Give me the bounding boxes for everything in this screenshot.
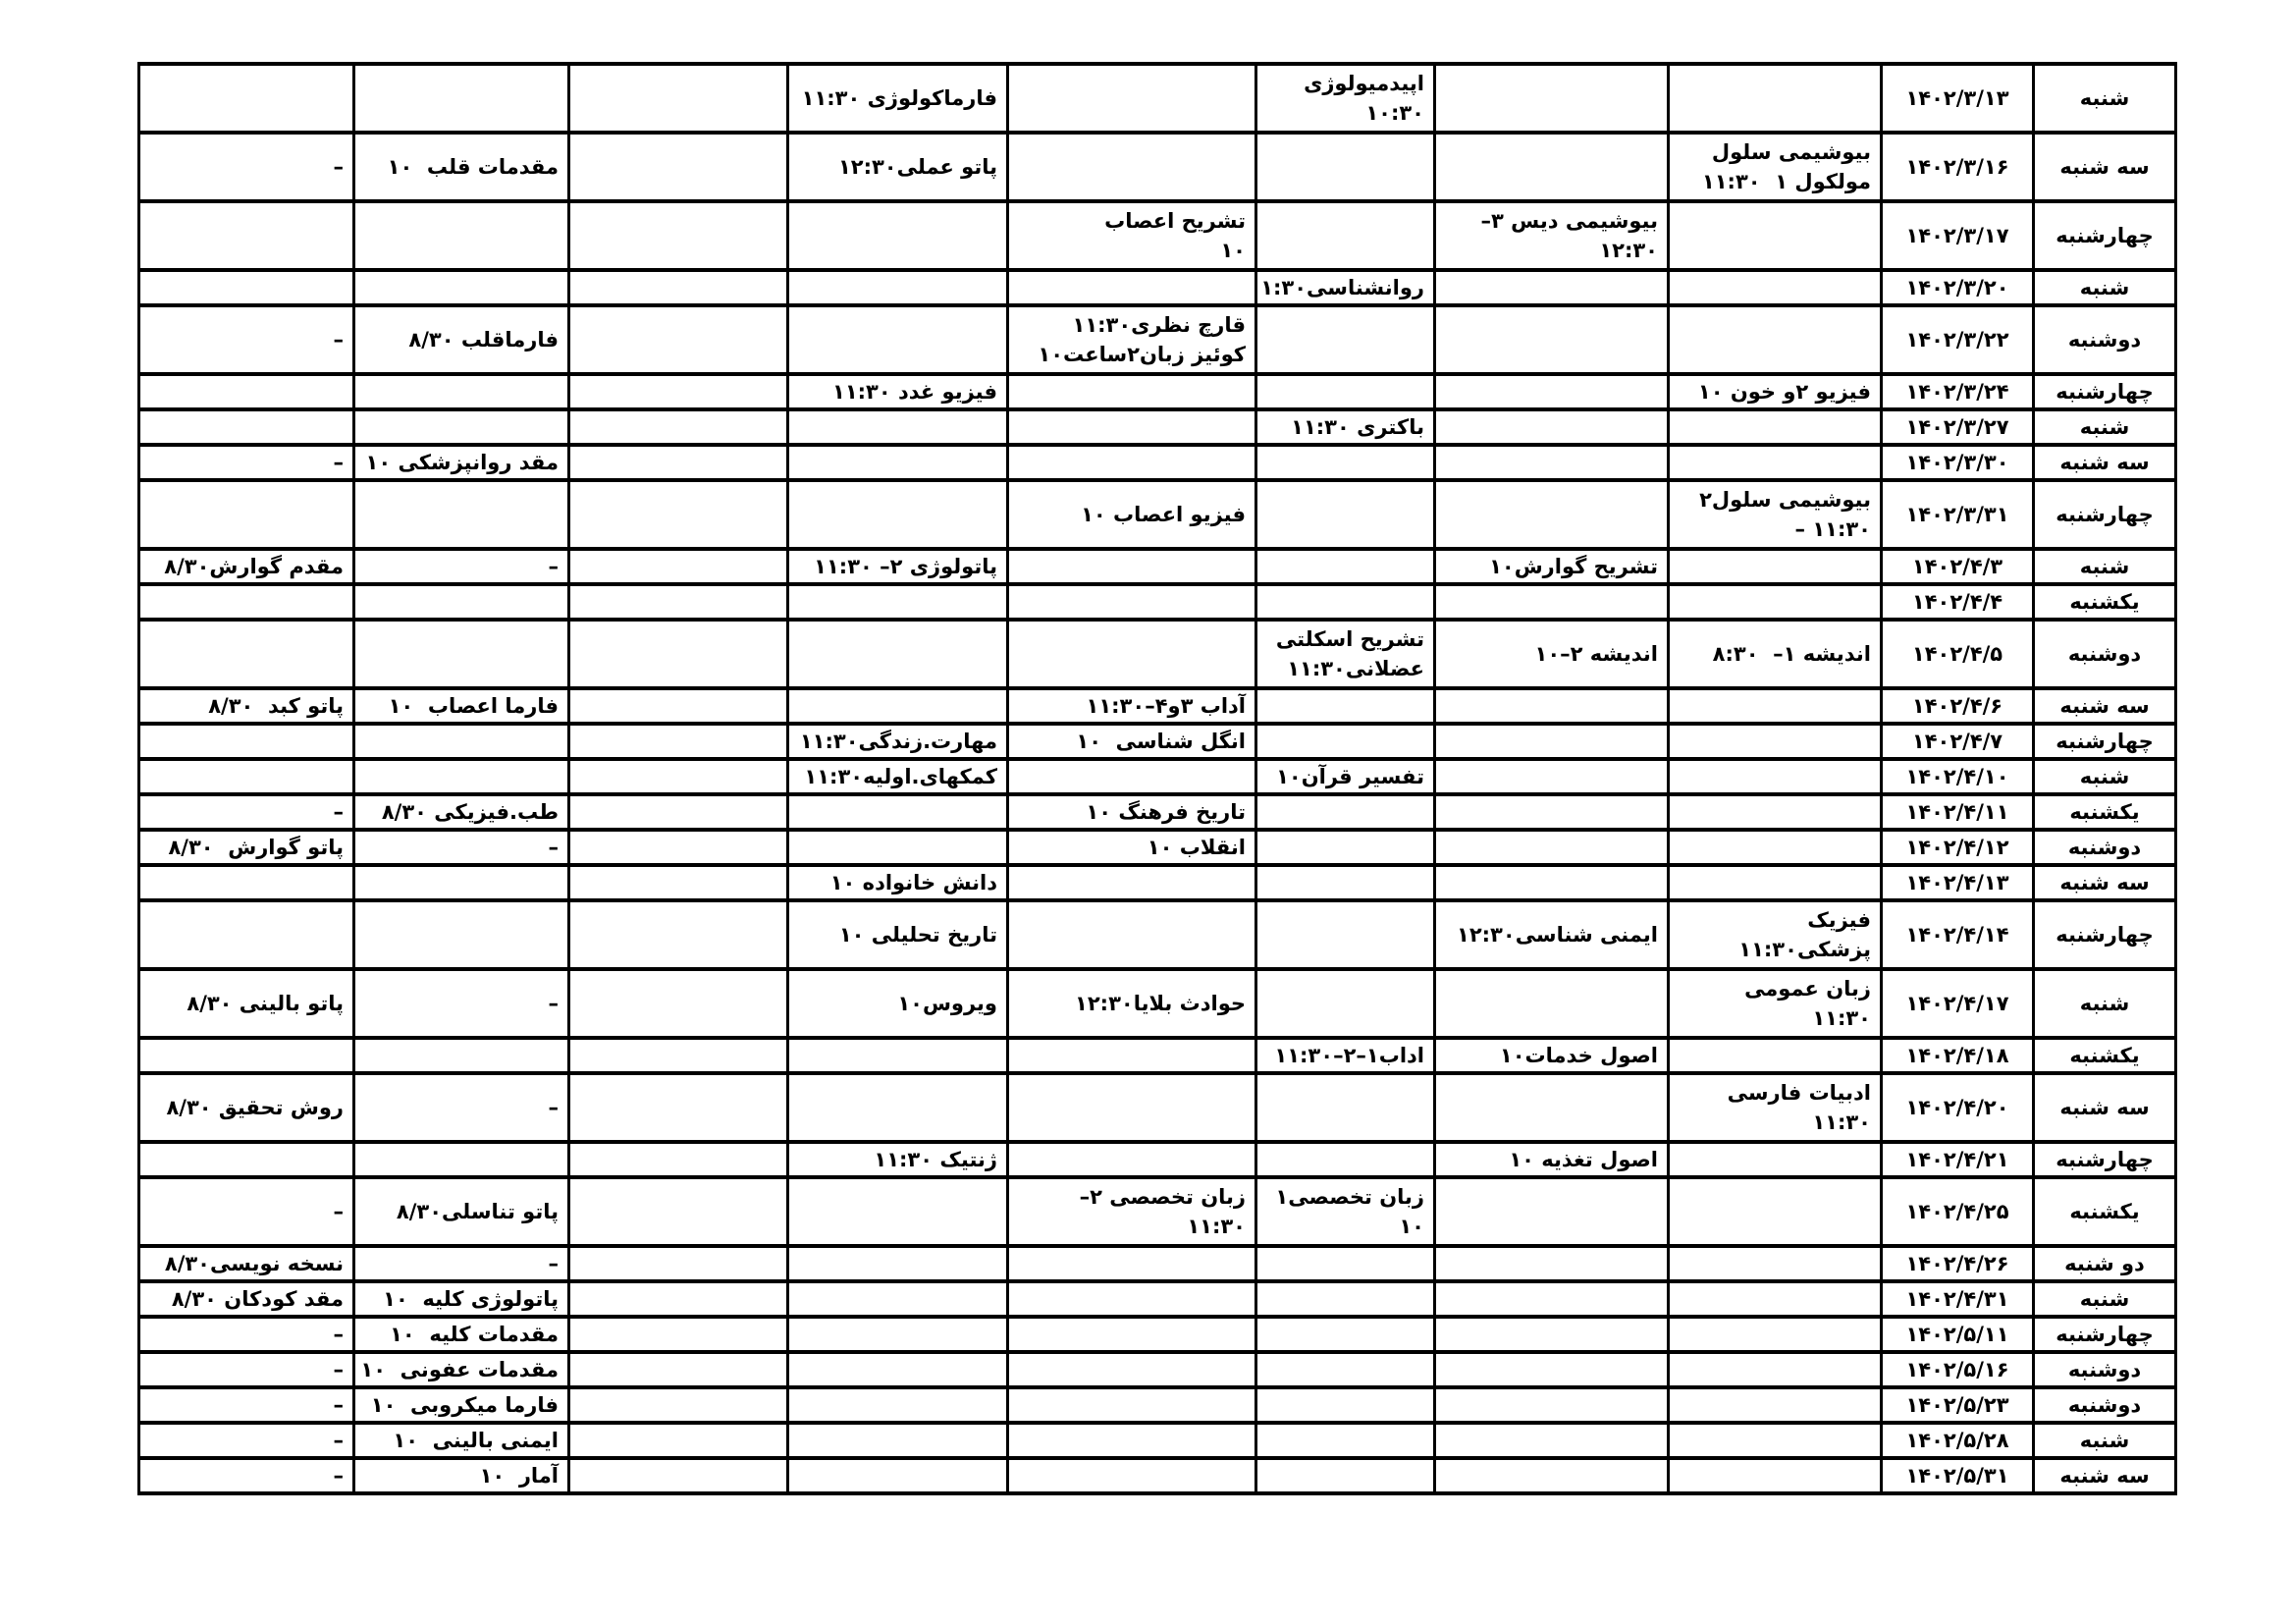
day-cell: یکشنبه	[2034, 1038, 2176, 1073]
schedule-row: شنبه۱۴۰۲/۴/۳۱پاتولوژی کلیه ۱۰مقد کودکان …	[139, 1281, 2176, 1317]
course-text: –	[359, 552, 559, 581]
day-cell: شنبه	[2034, 969, 2176, 1038]
course-cell	[788, 305, 1008, 374]
course-cell	[1435, 374, 1669, 409]
course-cell	[569, 724, 788, 759]
course-text: –	[144, 152, 344, 182]
schedule-row: دوشنبه۱۴۰۲/۴/۵اندیشه ۱– ۸:۳۰اندیشه ۲–۱۰ت…	[139, 620, 2176, 688]
day-cell: چهارشنبه	[2034, 1317, 2176, 1352]
course-cell	[569, 409, 788, 445]
course-text: ژنتیک ۱۱:۳۰	[793, 1145, 997, 1174]
date-cell: ۱۴۰۲/۴/۱۰	[1882, 759, 2034, 794]
course-text: اندیشه ۲–۱۰	[1440, 639, 1658, 669]
course-cell: –	[139, 794, 354, 830]
course-cell	[139, 865, 354, 900]
course-cell	[1008, 409, 1256, 445]
course-cell	[1008, 1246, 1256, 1281]
course-cell	[1256, 1423, 1435, 1458]
course-text: تاریخ تحلیلی ۱۰	[793, 920, 997, 949]
course-cell	[1256, 1317, 1435, 1352]
course-cell	[1008, 374, 1256, 409]
schedule-row: شنبه۱۴۰۲/۴/۱۰تفسیر قرآن۱۰کمکهای.اولیه۱۱:…	[139, 759, 2176, 794]
course-text: فیزیو اعصاب ۱۰	[1013, 500, 1246, 529]
course-text: –	[144, 448, 344, 477]
course-cell	[788, 584, 1008, 620]
course-text: پاتو عملی۱۲:۳۰	[793, 152, 997, 182]
schedule-row: شنبه۱۴۰۲/۳/۲۷باکتری ۱۱:۳۰	[139, 409, 2176, 445]
course-cell	[1008, 1387, 1256, 1423]
course-cell: پاتولوژی کلیه ۱۰	[354, 1281, 569, 1317]
course-cell	[1669, 64, 1882, 133]
schedule-row: شنبه۱۴۰۲/۵/۲۸ایمنی بالینی ۱۰–	[139, 1423, 2176, 1458]
course-cell: انگل شناسی ۱۰	[1008, 724, 1256, 759]
course-cell	[1435, 1352, 1669, 1387]
course-cell	[1669, 1281, 1882, 1317]
course-cell	[1669, 1352, 1882, 1387]
course-cell	[1008, 865, 1256, 900]
course-cell: فیزیکپزشکی۱۱:۳۰	[1669, 900, 1882, 969]
course-cell	[1435, 305, 1669, 374]
course-text: نسخه نویسی۸/۳۰	[144, 1249, 344, 1278]
course-cell: مهارت.زندگی۱۱:۳۰	[788, 724, 1008, 759]
course-text: –	[144, 1426, 344, 1455]
course-cell	[139, 724, 354, 759]
course-cell	[569, 620, 788, 688]
course-cell: –	[354, 830, 569, 865]
course-cell	[1008, 584, 1256, 620]
course-cell: فیزیو اعصاب ۱۰	[1008, 480, 1256, 549]
course-text: ایمنی بالینی ۱۰	[359, 1426, 559, 1455]
date-cell: ۱۴۰۲/۳/۳۱	[1882, 480, 2034, 549]
course-text: دانش خانواده ۱۰	[793, 868, 997, 897]
course-cell: فارما اعصاب ۱۰	[354, 688, 569, 724]
course-text: مقدمات کلیه ۱۰	[359, 1320, 559, 1349]
day-cell: شنبه	[2034, 549, 2176, 584]
course-cell	[1008, 133, 1256, 201]
course-text: روش تحقیق ۸/۳۰	[144, 1093, 344, 1122]
date-cell: ۱۴۰۲/۴/۲۰	[1882, 1073, 2034, 1142]
course-cell	[139, 1142, 354, 1177]
course-text: ۱۱:۳۰	[1674, 1003, 1871, 1033]
course-cell	[788, 1352, 1008, 1387]
course-cell	[1256, 374, 1435, 409]
day-cell: چهارشنبه	[2034, 900, 2176, 969]
course-text: –	[144, 325, 344, 354]
course-cell	[569, 1458, 788, 1493]
course-text: ۱۰	[1013, 236, 1246, 265]
schedule-row: شنبه۱۴۰۲/۳/۲۰روانشناسی۱۱:۳۰	[139, 270, 2176, 305]
course-text: –	[144, 797, 344, 827]
course-text: اندیشه ۱– ۸:۳۰	[1674, 639, 1871, 669]
course-cell: اداب۱–۲–۱۱:۳۰	[1256, 1038, 1435, 1073]
course-cell: اپیدمیولوژی۱۰:۳۰	[1256, 64, 1435, 133]
course-text: –	[144, 1197, 344, 1226]
course-cell	[1256, 1142, 1435, 1177]
day-cell: چهارشنبه	[2034, 724, 2176, 759]
schedule-row: دو شنبه۱۴۰۲/۴/۲۶–نسخه نویسی۸/۳۰	[139, 1246, 2176, 1281]
document-page: شنبه۱۴۰۲/۳/۱۳اپیدمیولوژی۱۰:۳۰فارماکولوژی…	[137, 62, 2177, 1495]
course-cell	[788, 620, 1008, 688]
course-text: پاتولوژی کلیه ۱۰	[359, 1284, 559, 1314]
course-cell	[1435, 409, 1669, 445]
course-cell	[788, 1246, 1008, 1281]
course-cell	[1256, 201, 1435, 270]
course-cell	[569, 1352, 788, 1387]
course-text: ۱۱:۳۰	[1013, 1212, 1246, 1241]
course-cell	[1256, 1458, 1435, 1493]
date-cell: ۱۴۰۲/۴/۶	[1882, 688, 2034, 724]
course-cell: اصول خدمات۱۰	[1435, 1038, 1669, 1073]
date-cell: ۱۴۰۲/۳/۲۲	[1882, 305, 2034, 374]
course-cell: روانشناسی۱۱:۳۰	[1256, 270, 1435, 305]
course-cell	[1669, 1038, 1882, 1073]
course-cell	[1435, 1458, 1669, 1493]
course-text: پزشکی۱۱:۳۰	[1674, 935, 1871, 964]
schedule-row: شنبه۱۴۰۲/۴/۳تشریح گوارش۱۰پاتولوژی ۲– ۱۱:…	[139, 549, 2176, 584]
course-text: آمار ۱۰	[359, 1461, 559, 1490]
course-cell	[1008, 1423, 1256, 1458]
course-cell: انقلاب ۱۰	[1008, 830, 1256, 865]
course-cell: مقد کودکان ۸/۳۰	[139, 1281, 354, 1317]
day-cell: یکشنبه	[2034, 794, 2176, 830]
course-cell	[788, 1038, 1008, 1073]
course-cell	[1669, 865, 1882, 900]
course-cell	[569, 759, 788, 794]
course-cell	[1435, 1177, 1669, 1246]
course-cell	[1669, 445, 1882, 480]
course-cell	[1669, 1423, 1882, 1458]
course-text: انگل شناسی ۱۰	[1013, 727, 1246, 756]
course-cell: مقدم گوارش۸/۳۰	[139, 549, 354, 584]
course-text: زبان تخصصی۱	[1261, 1182, 1424, 1212]
course-text: باکتری ۱۱:۳۰	[1261, 412, 1424, 442]
date-cell: ۱۴۰۲/۴/۲۱	[1882, 1142, 2034, 1177]
course-cell	[1435, 1387, 1669, 1423]
course-cell	[1008, 64, 1256, 133]
date-cell: ۱۴۰۲/۳/۲۰	[1882, 270, 2034, 305]
course-cell: –	[354, 549, 569, 584]
course-cell: –	[354, 1246, 569, 1281]
course-cell	[569, 1423, 788, 1458]
course-cell	[788, 480, 1008, 549]
course-cell: –	[139, 1387, 354, 1423]
course-cell: تشریح گوارش۱۰	[1435, 549, 1669, 584]
course-cell: مقدمات کلیه ۱۰	[354, 1317, 569, 1352]
date-cell: ۱۴۰۲/۴/۳۱	[1882, 1281, 2034, 1317]
course-cell	[1256, 1073, 1435, 1142]
course-cell	[569, 133, 788, 201]
course-cell	[1008, 270, 1256, 305]
date-cell: ۱۴۰۲/۴/۱۳	[1882, 865, 2034, 900]
course-cell	[139, 759, 354, 794]
course-cell	[354, 759, 569, 794]
course-cell	[1669, 1458, 1882, 1493]
course-text: پاتو بالینی ۸/۳۰	[144, 989, 344, 1018]
course-text: فیزیک	[1674, 905, 1871, 935]
course-cell	[354, 270, 569, 305]
course-cell: تشریح اعصاب۱۰	[1008, 201, 1256, 270]
course-cell	[354, 409, 569, 445]
course-cell	[1008, 1352, 1256, 1387]
course-cell	[1435, 688, 1669, 724]
course-text: قارچ نظری۱۱:۳۰	[1013, 310, 1246, 340]
course-cell	[1435, 133, 1669, 201]
course-text: –	[359, 989, 559, 1018]
course-cell	[788, 830, 1008, 865]
course-cell	[1008, 1142, 1256, 1177]
course-cell: فارما میکروبی ۱۰	[354, 1387, 569, 1423]
course-cell: فیزیو غدد ۱۱:۳۰	[788, 374, 1008, 409]
course-cell: پاتو تناسلی۸/۳۰	[354, 1177, 569, 1246]
course-text: –	[144, 1320, 344, 1349]
course-text: ۱۱:۳۰	[1674, 1108, 1871, 1137]
course-text: کمکهای.اولیه۱۱:۳۰	[793, 762, 997, 791]
course-cell	[569, 1038, 788, 1073]
course-cell: زبان تخصصی۱۱۰	[1256, 1177, 1435, 1246]
date-cell: ۱۴۰۲/۴/۱۷	[1882, 969, 2034, 1038]
schedule-row: چهارشنبه۱۴۰۲/۳/۳۱بیوشیمی سلول۲– ۱۱:۳۰فیز…	[139, 480, 2176, 549]
course-cell	[139, 201, 354, 270]
course-cell: ایمنی شناسی۱۲:۳۰	[1435, 900, 1669, 969]
course-cell: روش تحقیق ۸/۳۰	[139, 1073, 354, 1142]
course-cell	[788, 1458, 1008, 1493]
course-text: طب.فیزیکی ۸/۳۰	[359, 797, 559, 827]
course-cell	[354, 480, 569, 549]
date-cell: ۱۴۰۲/۳/۱۳	[1882, 64, 2034, 133]
course-cell: مقدمات عفونی ۱۰	[354, 1352, 569, 1387]
day-cell: دوشنبه	[2034, 1387, 2176, 1423]
schedule-row: سه شنبه۱۴۰۲/۳/۳۰مقد روانپزشکی ۱۰–	[139, 445, 2176, 480]
course-text: اداب۱–۲–۱۱:۳۰	[1261, 1041, 1424, 1070]
course-cell: ایمنی بالینی ۱۰	[354, 1423, 569, 1458]
course-cell	[569, 1281, 788, 1317]
course-cell	[1256, 305, 1435, 374]
course-cell: فارماکولوژی ۱۱:۳۰	[788, 64, 1008, 133]
course-cell	[1008, 1038, 1256, 1073]
course-cell: پاتو گوارش ۸/۳۰	[139, 830, 354, 865]
course-cell	[1008, 1458, 1256, 1493]
course-cell	[1669, 794, 1882, 830]
course-text: آداب ۳و۴–۱۱:۳۰	[1013, 691, 1246, 721]
course-cell: مقد روانپزشکی ۱۰	[354, 445, 569, 480]
course-cell	[1669, 759, 1882, 794]
course-cell	[1435, 270, 1669, 305]
date-cell: ۱۴۰۲/۳/۳۰	[1882, 445, 2034, 480]
course-text: روانشناسی۱۱:۳۰	[1261, 273, 1424, 302]
course-cell	[1256, 480, 1435, 549]
course-cell	[569, 305, 788, 374]
course-cell	[1008, 900, 1256, 969]
course-cell	[788, 1317, 1008, 1352]
course-text: ۱۰	[1261, 1212, 1424, 1241]
day-cell: دوشنبه	[2034, 305, 2176, 374]
date-cell: ۱۴۰۲/۴/۳	[1882, 549, 2034, 584]
course-cell: پاتو کبد ۸/۳۰	[139, 688, 354, 724]
course-cell: بیوشیمی سلولمولکول ۱ ۱۱:۳۰	[1669, 133, 1882, 201]
course-text: فارما میکروبی ۱۰	[359, 1390, 559, 1420]
course-cell	[1256, 794, 1435, 830]
course-cell: پاتو بالینی ۸/۳۰	[139, 969, 354, 1038]
course-cell	[788, 445, 1008, 480]
date-cell: ۱۴۰۲/۴/۱۲	[1882, 830, 2034, 865]
course-cell	[1669, 1177, 1882, 1246]
course-text: –	[359, 833, 559, 862]
course-text: تشریح اسکلتی	[1261, 624, 1424, 654]
schedule-row: سه شنبه۱۴۰۲/۴/۱۳دانش خانواده ۱۰	[139, 865, 2176, 900]
day-cell: شنبه	[2034, 409, 2176, 445]
course-text: –	[359, 1093, 559, 1122]
day-cell: دوشنبه	[2034, 830, 2176, 865]
course-cell: حوادث بلایا۱۲:۳۰	[1008, 969, 1256, 1038]
course-cell	[569, 865, 788, 900]
date-cell: ۱۴۰۲/۴/۵	[1882, 620, 2034, 688]
course-cell	[1435, 759, 1669, 794]
day-cell: سه شنبه	[2034, 445, 2176, 480]
schedule-row: دوشنبه۱۴۰۲/۵/۲۳فارما میکروبی ۱۰–	[139, 1387, 2176, 1423]
course-cell	[354, 724, 569, 759]
schedule-body: شنبه۱۴۰۲/۳/۱۳اپیدمیولوژی۱۰:۳۰فارماکولوژی…	[139, 64, 2176, 1493]
date-cell: ۱۴۰۲/۵/۱۶	[1882, 1352, 2034, 1387]
course-cell	[1669, 830, 1882, 865]
schedule-row: شنبه۱۴۰۲/۴/۱۷زبان عمومی۱۱:۳۰حوادث بلایا۱…	[139, 969, 2176, 1038]
course-cell	[354, 1142, 569, 1177]
course-cell	[1435, 1073, 1669, 1142]
day-cell: شنبه	[2034, 64, 2176, 133]
course-cell	[569, 1142, 788, 1177]
course-cell: باکتری ۱۱:۳۰	[1256, 409, 1435, 445]
course-cell	[1435, 64, 1669, 133]
schedule-row: دوشنبه۱۴۰۲/۴/۱۲انقلاب ۱۰–پاتو گوارش ۸/۳۰	[139, 830, 2176, 865]
course-cell	[1435, 724, 1669, 759]
course-cell	[1256, 865, 1435, 900]
course-cell	[1256, 1387, 1435, 1423]
course-cell: –	[354, 969, 569, 1038]
course-cell	[1669, 1387, 1882, 1423]
schedule-row: چهارشنبه۱۴۰۲/۳/۲۴فیزیو ۲و خون ۱۰فیزیو غد…	[139, 374, 2176, 409]
date-cell: ۱۴۰۲/۴/۴	[1882, 584, 2034, 620]
course-cell: آداب ۳و۴–۱۱:۳۰	[1008, 688, 1256, 724]
course-cell	[1435, 445, 1669, 480]
course-text: تشریح گوارش۱۰	[1440, 552, 1658, 581]
course-cell: قارچ نظری۱۱:۳۰کوئیز زبان۲ساعت۱۰	[1008, 305, 1256, 374]
course-cell: تاریخ تحلیلی ۱۰	[788, 900, 1008, 969]
day-cell: شنبه	[2034, 1281, 2176, 1317]
course-cell	[1669, 1317, 1882, 1352]
course-text: انقلاب ۱۰	[1013, 833, 1246, 862]
course-text: حوادث بلایا۱۲:۳۰	[1013, 989, 1246, 1018]
course-cell	[1256, 1352, 1435, 1387]
course-cell	[1008, 1073, 1256, 1142]
date-cell: ۱۴۰۲/۴/۱۴	[1882, 900, 2034, 969]
course-cell	[1669, 549, 1882, 584]
course-cell: –	[139, 1317, 354, 1352]
date-cell: ۱۴۰۲/۴/۱۸	[1882, 1038, 2034, 1073]
date-cell: ۱۴۰۲/۳/۱۷	[1882, 201, 2034, 270]
day-cell: سه شنبه	[2034, 865, 2176, 900]
course-cell	[1435, 584, 1669, 620]
course-text: پاتو تناسلی۸/۳۰	[359, 1197, 559, 1226]
exam-schedule-table: شنبه۱۴۰۲/۳/۱۳اپیدمیولوژی۱۰:۳۰فارماکولوژی…	[137, 62, 2177, 1495]
course-cell	[139, 900, 354, 969]
day-cell: چهارشنبه	[2034, 1142, 2176, 1177]
course-cell	[139, 64, 354, 133]
course-text: فیزیو ۲و خون ۱۰	[1674, 377, 1871, 406]
course-cell	[1256, 724, 1435, 759]
course-text: اصول خدمات۱۰	[1440, 1041, 1658, 1070]
course-text: تاریخ فرهنگ ۱۰	[1013, 797, 1246, 827]
course-cell	[569, 688, 788, 724]
course-cell: –	[139, 305, 354, 374]
day-cell: چهارشنبه	[2034, 374, 2176, 409]
course-cell: کمکهای.اولیه۱۱:۳۰	[788, 759, 1008, 794]
course-cell	[139, 270, 354, 305]
course-text: فارماقلب ۸/۳۰	[359, 325, 559, 354]
course-cell	[354, 620, 569, 688]
course-text: مقد کودکان ۸/۳۰	[144, 1284, 344, 1314]
course-cell: فارماقلب ۸/۳۰	[354, 305, 569, 374]
date-cell: ۱۴۰۲/۵/۱۱	[1882, 1317, 2034, 1352]
course-cell: طب.فیزیکی ۸/۳۰	[354, 794, 569, 830]
course-cell	[1669, 1142, 1882, 1177]
schedule-row: چهارشنبه۱۴۰۲/۴/۷انگل شناسی ۱۰مهارت.زندگی…	[139, 724, 2176, 759]
course-cell	[569, 900, 788, 969]
date-cell: ۱۴۰۲/۵/۲۸	[1882, 1423, 2034, 1458]
course-text: ۱۲:۳۰	[1440, 236, 1658, 265]
course-cell	[1008, 445, 1256, 480]
course-cell	[1256, 900, 1435, 969]
course-cell	[788, 1073, 1008, 1142]
course-cell	[569, 1246, 788, 1281]
date-cell: ۱۴۰۲/۳/۱۶	[1882, 133, 2034, 201]
course-cell: اندیشه ۱– ۸:۳۰	[1669, 620, 1882, 688]
course-cell	[1008, 620, 1256, 688]
course-text: کوئیز زبان۲ساعت۱۰	[1013, 340, 1246, 369]
course-cell: دانش خانواده ۱۰	[788, 865, 1008, 900]
course-cell: تشریح اسکلتیعضلانی۱۱:۳۰	[1256, 620, 1435, 688]
course-cell	[139, 1038, 354, 1073]
schedule-row: سه شنبه۱۴۰۲/۴/۶آداب ۳و۴–۱۱:۳۰فارما اعصاب…	[139, 688, 2176, 724]
course-text: ادبیات فارسی	[1674, 1078, 1871, 1108]
schedule-row: چهارشنبه۱۴۰۲/۴/۱۴فیزیکپزشکی۱۱:۳۰ایمنی شن…	[139, 900, 2176, 969]
course-cell	[1256, 445, 1435, 480]
course-cell	[1008, 759, 1256, 794]
course-cell	[1256, 584, 1435, 620]
date-cell: ۱۴۰۲/۳/۲۷	[1882, 409, 2034, 445]
course-cell	[1435, 1317, 1669, 1352]
course-cell: بیوشیمی سلول۲– ۱۱:۳۰	[1669, 480, 1882, 549]
course-text: اصول تغذیه ۱۰	[1440, 1145, 1658, 1174]
course-cell: زبان تخصصی ۲–۱۱:۳۰	[1008, 1177, 1256, 1246]
day-cell: شنبه	[2034, 759, 2176, 794]
course-cell	[1669, 409, 1882, 445]
course-text: بیوشیمی سلول	[1674, 137, 1871, 167]
course-cell	[788, 270, 1008, 305]
course-cell: اندیشه ۲–۱۰	[1435, 620, 1669, 688]
course-cell: تفسیر قرآن۱۰	[1256, 759, 1435, 794]
course-text: پاتولوژی ۲– ۱۱:۳۰	[793, 552, 997, 581]
course-text: فارما اعصاب ۱۰	[359, 691, 559, 721]
course-cell	[1669, 305, 1882, 374]
schedule-row: سه شنبه۱۴۰۲/۴/۲۰ادبیات فارسی۱۱:۳۰–روش تح…	[139, 1073, 2176, 1142]
course-cell: نسخه نویسی۸/۳۰	[139, 1246, 354, 1281]
course-cell: اصول تغذیه ۱۰	[1435, 1142, 1669, 1177]
course-cell	[569, 969, 788, 1038]
course-cell	[569, 480, 788, 549]
course-cell: پاتولوژی ۲– ۱۱:۳۰	[788, 549, 1008, 584]
course-cell: ویروس۱۰	[788, 969, 1008, 1038]
schedule-row: شنبه۱۴۰۲/۳/۱۳اپیدمیولوژی۱۰:۳۰فارماکولوژی…	[139, 64, 2176, 133]
course-cell	[1435, 830, 1669, 865]
